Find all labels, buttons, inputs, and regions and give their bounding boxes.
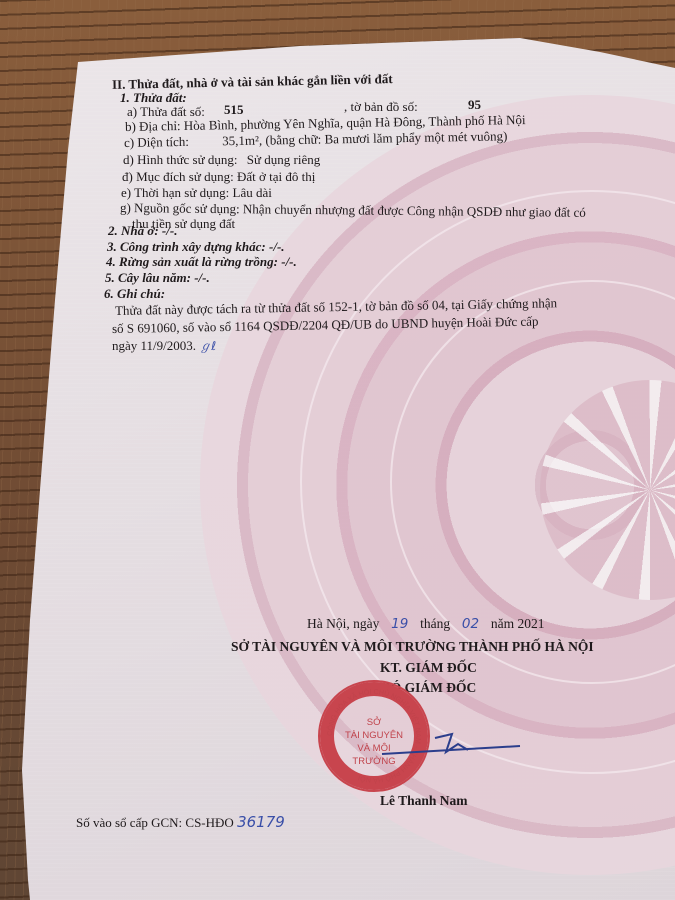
signature [380, 730, 530, 760]
notes-heading: 6. Ghi chú: [104, 286, 165, 301]
land-heading: 1. Thửa đất: [120, 90, 187, 105]
usage-form-label: d) Hình thức sử dụng: [123, 152, 237, 167]
usage-purpose-row: đ) Mục đích sử dụng: Đất ở tại đô thị [122, 169, 315, 184]
date-month: 02 [453, 617, 487, 632]
origin-label: g) Nguồn gốc sử dụng: [120, 200, 240, 216]
address-label: b) Địa chỉ: [125, 118, 181, 134]
date-prefix: Hà Nội, ngày [307, 616, 379, 631]
registry-label: Số vào sổ cấp GCN: CS-HĐO [76, 815, 234, 830]
forest-row: 4. Rừng sản xuất là rừng trồng: -/-. [106, 254, 297, 269]
notes-line-3: ngày 11/9/2003. ℊℓ [112, 338, 216, 354]
usage-purpose-value: Đất ở tại đô thị [237, 169, 315, 184]
date-month-label: tháng [420, 616, 450, 631]
date-day: 19 [383, 617, 417, 632]
other-construction-row: 3. Công trình xây dựng khác: -/-. [107, 239, 285, 254]
parcel-label: a) Thửa đất số: [127, 104, 205, 119]
certificate-page: II. Thửa đất, nhà ở và tài sản khác gắn … [0, 0, 675, 900]
map-sheet-label: , tờ bản đồ số: [344, 99, 418, 114]
section-title: II. Thửa đất, nhà ở và tài sản khác gắn … [112, 71, 393, 92]
perennial-row: 5. Cây lâu năm: -/-. [105, 270, 210, 285]
usage-term-label: e) Thời hạn sử dụng: [121, 185, 229, 200]
origin-value: Nhận chuyển nhượng đất được Công nhận QS… [243, 201, 586, 220]
parcel-number: 515 [224, 102, 244, 117]
signer-name: Lê Thanh Nam [380, 793, 468, 808]
registry-number: 36179 [237, 813, 285, 831]
usage-term-row: e) Thời hạn sử dụng: Lâu dài [121, 185, 272, 200]
map-sheet-number: 95 [468, 97, 481, 112]
signing-date: Hà Nội, ngày 19 tháng 02 năm 2021 [307, 616, 544, 632]
usage-form-row: d) Hình thức sử dụng: Sử dụng riêng [123, 152, 320, 167]
notes-date: ngày 11/9/2003. [112, 338, 196, 353]
registry-row: Số vào sổ cấp GCN: CS-HĐO 36179 [76, 815, 285, 830]
area-label: c) Diện tích: [124, 134, 189, 150]
usage-purpose-label: đ) Mục đích sử dụng: [122, 169, 234, 184]
date-year: năm 2021 [491, 616, 545, 631]
usage-form-value: Sử dụng riêng [247, 152, 321, 167]
usage-term-value: Lâu dài [233, 185, 272, 200]
house-row: 2. Nhà ở: -/-. [108, 223, 177, 238]
signer-title-1: KT. GIÁM ĐỐC [380, 660, 477, 675]
issuer-name: SỞ TÀI NGUYÊN VÀ MÔI TRƯỜNG THÀNH PHỐ HÀ… [231, 639, 594, 654]
handwritten-initial: ℊℓ [199, 339, 216, 353]
